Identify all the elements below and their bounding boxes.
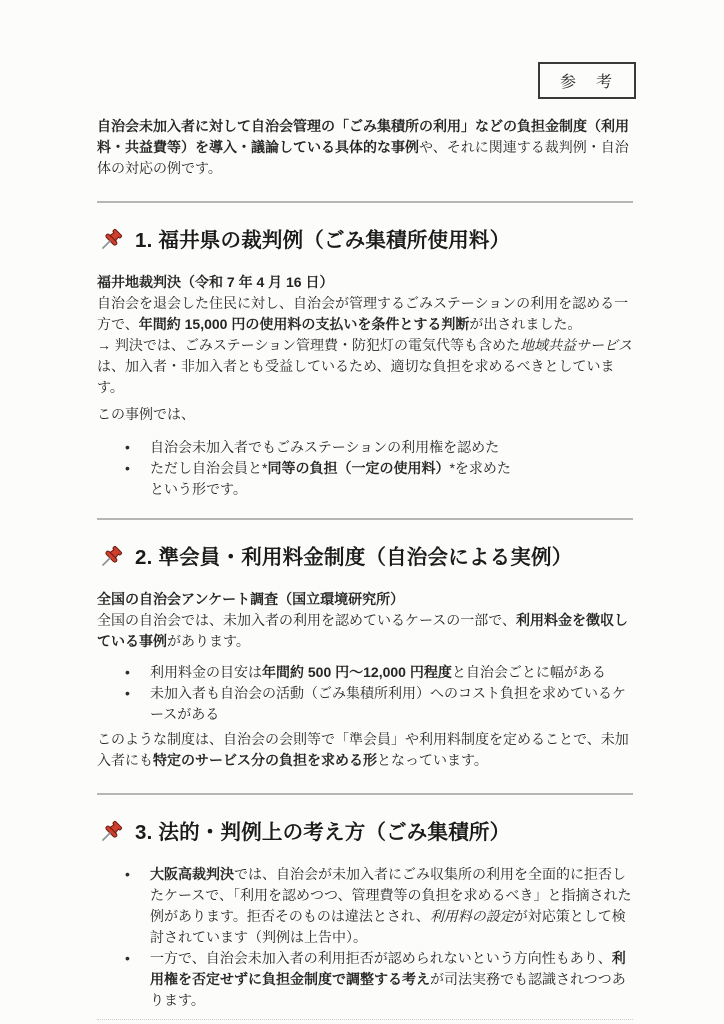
document-content: 自治会未加入者に対して自治会管理の「ごみ集積所の利用」などの負担金制度（利用料・… [97, 116, 633, 1020]
s1-subtitle: 福井地裁判決（令和 7 年 4 月 16 日） [97, 272, 633, 293]
pushpin-icon [97, 544, 124, 571]
s1-lead: この事例では、 [97, 404, 633, 425]
reference-stamp-box: 参 考 [538, 62, 636, 99]
list-item: 大阪高裁判決では、自治会が未加入者にごみ収集所の利用を全面的に拒否したケースで、… [122, 864, 633, 948]
s2-subtitle: 全国の自治会アンケート調査（国立環境研究所） [97, 589, 633, 610]
s2-paragraph-2: このような制度は、自治会の会則等で「準会員」や利用料制度を定めることで、未加入者… [97, 729, 633, 771]
list-item: 自治会未加入者でもごみステーションの利用権を認めた [122, 437, 633, 458]
list-item: ただし自治会員と*同等の負担（一定の使用料）*を求めたという形です。 [122, 458, 633, 500]
section-3-title: 3. 法的・判例上の考え方（ごみ集積所） [135, 818, 510, 847]
section-divider [97, 518, 633, 520]
section-divider [97, 201, 633, 203]
s1-bullet-list: 自治会未加入者でもごみステーションの利用権を認めた ただし自治会員と*同等の負担… [97, 437, 633, 500]
list-item: 一方で、自治会未加入者の利用拒否が認められないという方向性もあり、利用権を否定せ… [122, 948, 633, 1011]
s3-bullet-list: 大阪高裁判決では、自治会が未加入者にごみ収集所の利用を全面的に拒否したケースで、… [97, 864, 633, 1011]
section-1-title: 1. 福井県の裁判例（ごみ集積所使用料） [135, 226, 510, 255]
s2-paragraph-1: 全国の自治会では、未加入者の利用を認めているケースの一部で、利用料金を徴収してい… [97, 610, 633, 652]
section-2-title: 2. 準会員・利用料金制度（自治会による実例） [135, 543, 572, 572]
pushpin-icon [97, 227, 124, 254]
section-2-heading: 2. 準会員・利用料金制度（自治会による実例） [97, 543, 633, 572]
pushpin-icon [97, 819, 124, 846]
scanned-document-page: 参 考 自治会未加入者に対して自治会管理の「ごみ集積所の利用」などの負担金制度（… [0, 0, 724, 1024]
faint-bottom-divider [97, 1019, 633, 1020]
section-1-heading: 1. 福井県の裁判例（ごみ集積所使用料） [97, 226, 633, 255]
section-3-heading: 3. 法的・判例上の考え方（ごみ集積所） [97, 818, 633, 847]
s1-paragraph-2: → 判決では、ごみステーション管理費・防犯灯の電気代等も含めた地域共益サービスは… [97, 335, 633, 398]
reference-stamp-label: 参 考 [560, 69, 614, 92]
section-divider [97, 793, 633, 795]
s1-paragraph-1: 自治会を退会した住民に対し、自治会が管理するごみステーションの利用を認める一方で… [97, 293, 633, 335]
s2-bullet-list: 利用料金の目安は年間約 500 円～12,000 円程度と自治会ごとに幅がある … [97, 662, 633, 725]
list-item: 未加入者も自治会の活動（ごみ集積所利用）へのコスト負担を求めているケースがある [122, 683, 633, 725]
intro-paragraph: 自治会未加入者に対して自治会管理の「ごみ集積所の利用」などの負担金制度（利用料・… [97, 116, 633, 179]
list-item: 利用料金の目安は年間約 500 円～12,000 円程度と自治会ごとに幅がある [122, 662, 633, 683]
